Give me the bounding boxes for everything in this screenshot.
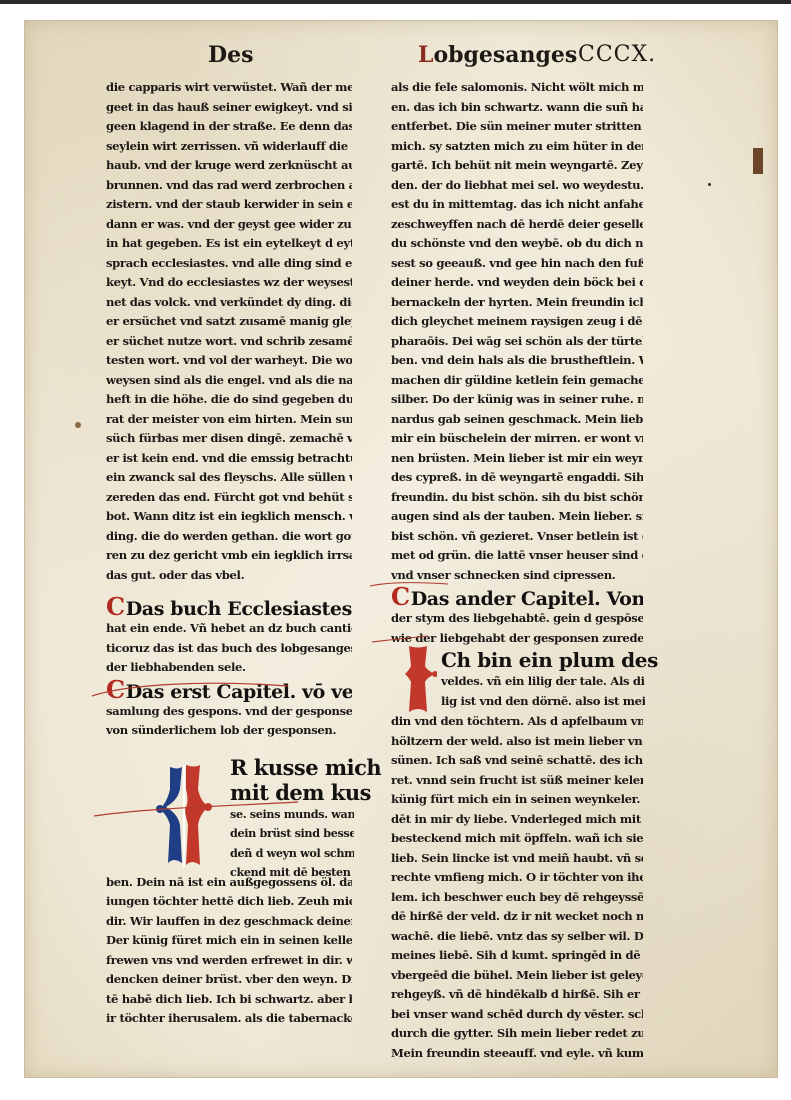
- running-head-title-rest: obgesanges: [433, 42, 577, 68]
- text-line: freundin. du bist schön. sih du bist sch…: [391, 488, 643, 508]
- text-line: dē hirßē der veld. dz ir nit wecket noch…: [391, 907, 643, 927]
- text-line: frewen vns vnd werden erfrewet in dir. w…: [106, 951, 352, 971]
- text-line: von sünderlichem lob der gesponsen.: [106, 721, 352, 741]
- text-line: süch fürbas mer disen dingē. zemachē vil…: [106, 429, 352, 449]
- text-line: geen klagend in der straße. Ee denn das …: [106, 117, 352, 137]
- text-line: mich. sy satzten mich zu eim hüter in de…: [391, 137, 643, 157]
- section-heading-ecclesiastes-end: CDas buch Ecclesiastes: [106, 595, 352, 619]
- text-line: sest so geeauß. vnd gee hin nach den fuß…: [391, 254, 643, 274]
- running-head-left: Des: [208, 42, 253, 68]
- text-line: haub. vnd der kruge werd zerknüscht auff…: [106, 156, 352, 176]
- text-line: net das volck. vnd verkündet dy ding. di…: [106, 293, 352, 313]
- text-line: sünen. Ich saß vnd seinē schattē. des ic…: [391, 751, 643, 771]
- text-line: Mein freundin steeauff. vnd eyle. vñ kum…: [391, 1044, 643, 1064]
- chapter-heading-first: CDas erst Capitel. vō ver: [106, 678, 352, 702]
- text-line: ein zwanck sal des fleyschs. Alle süllen…: [106, 468, 352, 488]
- initial-adjacent-text: R kusse mich mit dem kus se. seins munds…: [230, 755, 354, 883]
- text-line: samlung des gespons. vnd der gesponsen. …: [106, 702, 352, 722]
- text-line: seylein wirt zerrissen. vñ widerlauff di…: [106, 137, 352, 157]
- text-line: en. das ich bin schwartz. wann die suñ h…: [391, 98, 643, 118]
- text-line: tē habē dich lieb. Ich bi schwartz. aber…: [106, 990, 352, 1010]
- text-line: augen sind als der tauben. Mein lieber. …: [391, 507, 643, 527]
- text-line: das gut. oder das vbel.: [106, 566, 352, 586]
- text-line: ret. vnnd sein frucht ist süß meiner kel…: [391, 771, 643, 791]
- text-line: silber. Do der künig was in seiner ruhe.…: [391, 390, 643, 410]
- text-line: gartē. Ich behüt nit mein weyngartē. Zey…: [391, 156, 643, 176]
- running-head-title: Lobgesanges: [418, 42, 577, 68]
- text-line: er ersüchet vnd satzt zusamē manig gleyc…: [106, 312, 352, 332]
- text-line: dir. Wir lauffen in dez geschmack deiner…: [106, 912, 352, 932]
- text-line: keyt. Vnd do ecclesiastes wz der weysest…: [106, 273, 352, 293]
- left-text-block-b: hat ein ende. Vñ hebet an dz buch cantic…: [106, 619, 352, 678]
- paper-tab-remnant: [753, 148, 763, 174]
- decorated-initial-I-red-icon: [401, 642, 437, 714]
- text-line: sprach ecclesiastes. vnd alle ding sind …: [106, 254, 352, 274]
- left-text-block-a: die capparis wirt verwüstet. Wañ der men…: [106, 78, 352, 585]
- text-line: durch die gytter. Sih mein lieber redet …: [391, 1024, 643, 1044]
- rubricated-initial: C: [391, 585, 410, 609]
- foxing-spot: [708, 183, 711, 186]
- left-text-column: die capparis wirt verwüstet. Wañ der men…: [106, 78, 352, 1029]
- text-line: ir töchter iherusalem. als die tabernack…: [106, 1009, 352, 1029]
- text-line: iungen töchter hettē dich lieb. Zeuh mic…: [106, 892, 352, 912]
- text-line: nardus gab seinen geschmack. Mein lieber…: [391, 410, 643, 430]
- red-initial-block: Ch bin ein plum des veldes. vñ ein lilig…: [391, 648, 643, 712]
- text-line: als die fele salomonis. Nicht wölt mich …: [391, 78, 643, 98]
- text-line: geet in das hauß seiner ewigkeyt. vnd si…: [106, 98, 352, 118]
- text-line: er süchet nutze wort. vnd schrib zesamē …: [106, 332, 352, 352]
- text-line: ding. die do werden gethan. die wort got…: [106, 527, 352, 547]
- rubricated-initial: C: [106, 678, 125, 702]
- text-line: der liebhabenden sele.: [106, 658, 352, 678]
- text-line: dēt in mir dy liebe. Vnderleged mich mit…: [391, 810, 643, 830]
- chapter-heading-second: CDas ander Capitel. Von: [391, 585, 643, 609]
- running-head: Des Lobgesanges .CCCX.: [0, 38, 791, 74]
- text-line: besteckend mich mit öpffeln. wañ ich sie…: [391, 829, 643, 849]
- right-text-block-c: din vnd den töchtern. Als d apfelbaum vn…: [391, 712, 643, 1063]
- text-line: höltzern der weld. also ist mein lieber …: [391, 732, 643, 752]
- rubricated-initial: C: [106, 595, 125, 619]
- text-line: der stym des liebgehabtē. gein d gespōse…: [391, 609, 643, 629]
- initial-adjacent-text: Ch bin ein plum des veldes. vñ ein lilig…: [441, 648, 645, 711]
- text-line: est du in mittemtag. das ich nicht anfah…: [391, 195, 643, 215]
- left-text-block-d: ben. Dein nā ist ein außgegossens öl. da…: [106, 873, 352, 1029]
- text-line: heft in die höhe. die do sind gegeben du…: [106, 390, 352, 410]
- running-head-initial: L: [418, 42, 433, 68]
- text-line: met od grün. die lattē vnser heuser sind…: [391, 546, 643, 566]
- decorated-initial-I-icon: [156, 759, 212, 869]
- text-line: din vnd den töchtern. Als d apfelbaum vn…: [391, 712, 643, 732]
- text-line: den. der do liebhat mei sel. wo weydestu…: [391, 176, 643, 196]
- text-line: lieb. Sein lincke ist vnd meiñ haubt. vñ…: [391, 849, 643, 869]
- text-line: lem. ich beschwer euch bey dē rehgeyssē.…: [391, 888, 643, 908]
- text-line: Der künig füret mich ein in seinen kelle…: [106, 931, 352, 951]
- text-line: ben. vnd dein hals als die brustheftlein…: [391, 351, 643, 371]
- text-line: entferbet. Die sün meiner muter stritten…: [391, 117, 643, 137]
- text-line: ticoruz das ist das buch des lobgesanges…: [106, 639, 352, 659]
- text-line: dencken deiner brüst. vber den weyn. Die…: [106, 970, 352, 990]
- text-line: du schönste vnd den weybē. ob du dich ni…: [391, 234, 643, 254]
- text-line: zeschweyffen nach dē herdē deier geselle…: [391, 215, 643, 235]
- right-text-block-a: als die fele salomonis. Nicht wölt mich …: [391, 78, 643, 585]
- right-text-column: als die fele salomonis. Nicht wölt mich …: [391, 78, 643, 1063]
- text-line: nen brüsten. Mein lieber ist mir ein wey…: [391, 449, 643, 469]
- text-line: vbergeēd die bühel. Mein lieber ist gele…: [391, 966, 643, 986]
- text-line: zistern. vnd der staub kerwider in sein …: [106, 195, 352, 215]
- text-line: wachē. die liebē. vntz das sy selber wil…: [391, 927, 643, 947]
- top-edge-bar: [0, 0, 791, 4]
- text-line: rat der meister von eim hirten. Mein sun…: [106, 410, 352, 430]
- text-line: bot. Wann ditz ist ein iegklich mensch. …: [106, 507, 352, 527]
- text-line: die capparis wirt verwüstet. Wañ der men…: [106, 78, 352, 98]
- text-line: weysen sind als die engel. vnd als die n…: [106, 371, 352, 391]
- foxing-spot: [75, 422, 81, 428]
- text-line: er ist kein end. vnd die emssig betracht…: [106, 449, 352, 469]
- text-line: künig fürt mich ein in seinen weynkeler.…: [391, 790, 643, 810]
- text-line: des cypreß. in dē weyngartē engaddi. Sih…: [391, 468, 643, 488]
- text-line: dich gleychet meinem raysigen zeug i dē …: [391, 312, 643, 332]
- text-line: pharaōis. Dei wāg sei schön als der türt…: [391, 332, 643, 352]
- left-text-block-c: samlung des gespons. vnd der gesponsen. …: [106, 702, 352, 741]
- illuminated-initial-block: R kusse mich mit dem kus se. seins munds…: [106, 755, 352, 873]
- text-line: in hat gegeben. Es ist ein eytelkeyt d e…: [106, 234, 352, 254]
- text-line: bist schön. vñ gezieret. Vnser betlein i…: [391, 527, 643, 547]
- folio-number: .CCCX.: [570, 42, 656, 67]
- text-line: machen dir güldine ketlein fein gemachet…: [391, 371, 643, 391]
- text-line: hat ein ende. Vñ hebet an dz buch cantic…: [106, 619, 352, 639]
- text-line: brunnen. vnd das rad werd zerbrochen auf…: [106, 176, 352, 196]
- text-line: rechte vmfieng mich. O ir töchter von ih…: [391, 868, 643, 888]
- text-line: rehgeyß. vñ dē hindēkalb d hirßē. Sih er…: [391, 985, 643, 1005]
- text-line: dann er was. vnd der geyst gee wider zu …: [106, 215, 352, 235]
- text-line: meines liebē. Sih d kumt. springēd in dē…: [391, 946, 643, 966]
- text-line: mir ein büschelein der mirren. er wont v…: [391, 429, 643, 449]
- text-line: bernackeln der hyrten. Mein freundin ich…: [391, 293, 643, 313]
- text-line: vnd vnser schnecken sind cipressen.: [391, 566, 643, 586]
- text-line: zereden das end. Fürcht got vnd behüt se…: [106, 488, 352, 508]
- text-line: bei vnser wand schēd durch dy vēster. sc…: [391, 1005, 643, 1025]
- text-line: ren zu dez gericht vmb ein iegklich irrs…: [106, 546, 352, 566]
- text-line: testen wort. vnd vol der warheyt. Die wo…: [106, 351, 352, 371]
- text-line: deiner herde. vnd weyden dein böck bei d…: [391, 273, 643, 293]
